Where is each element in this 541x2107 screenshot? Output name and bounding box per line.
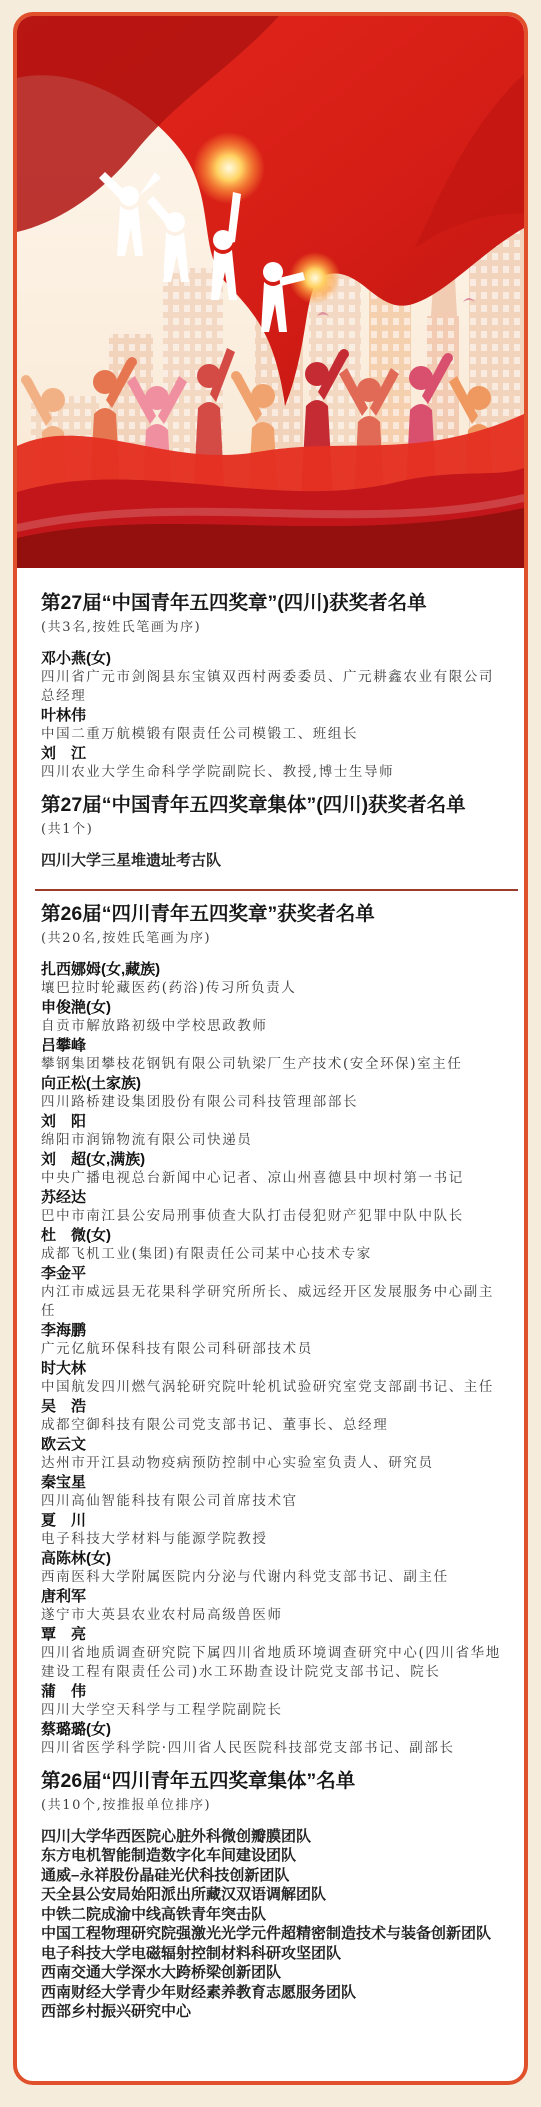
winner-name: 高陈林(女) <box>41 1549 504 1568</box>
award-entry: 蔡璐璐(女) 四川省医学科学院·四川省人民医院科技部党支部书记、副部长 <box>41 1720 504 1758</box>
award-entry: 覃 亮 四川省地质调查研究院下属四川省地质环境调查研究中心(四川省华地建设工程有… <box>41 1625 504 1682</box>
award-entry: 杜 微(女) 成都飞机工业(集团)有限责任公司某中心技术专家 <box>41 1226 504 1264</box>
section-note: (共10个,按推报单位排序) <box>41 1797 504 1815</box>
winner-name: 杜 微(女) <box>41 1226 504 1245</box>
winner-name: 覃 亮 <box>41 1625 504 1644</box>
winner-title: 四川省广元市剑阁县东宝镇双西村两委委员、广元耕鑫农业有限公司总经理 <box>41 668 504 706</box>
award-entry: 时大林 中国航发四川燃气涡轮研究院叶轮机试验研究室党支部副书记、主任 <box>41 1359 504 1397</box>
winner-title: 电子科技大学材料与能源学院教授 <box>41 1530 504 1549</box>
team-name: 西南交通大学深水大跨桥梁创新团队 <box>41 1963 504 1983</box>
team-name: 西部乡村振兴研究中心 <box>41 2002 504 2022</box>
winner-title: 壤巴拉时轮藏医药(药浴)传习所负责人 <box>41 979 504 998</box>
section-27th-individual: 第27届“中国青年五四奖章”(四川)获奖者名单 (共3名,按姓氏笔画为序) 邓小… <box>41 590 504 782</box>
team-name: 中铁二院成渝中线高铁青年突击队 <box>41 1905 504 1925</box>
winner-title: 达州市开江县动物疫病预防控制中心实验室负责人、研究员 <box>41 1454 504 1473</box>
winner-name: 夏 川 <box>41 1511 504 1530</box>
award-entry: 刘 江 四川农业大学生命科学学院副院长、教授,博士生导师 <box>41 744 504 782</box>
winner-name: 刘 超(女,满族) <box>41 1150 504 1169</box>
winner-name: 刘 阳 <box>41 1112 504 1131</box>
award-entry: 吴 浩 成都空御科技有限公司党支部书记、董事长、总经理 <box>41 1397 504 1435</box>
award-entry: 秦宝星 四川高仙智能科技有限公司首席技术官 <box>41 1473 504 1511</box>
award-entry: 唐利军 遂宁市大英县农业农村局高级兽医师 <box>41 1587 504 1625</box>
winner-name: 申俊滟(女) <box>41 998 504 1017</box>
award-entry: 邓小燕(女) 四川省广元市剑阁县东宝镇双西村两委委员、广元耕鑫农业有限公司总经理 <box>41 649 504 706</box>
award-entry: 苏经达 巴中市南江县公安局刑事侦查大队打击侵犯财产犯罪中队中队长 <box>41 1188 504 1226</box>
award-entry: 叶林伟 中国二重万航模锻有限责任公司模锻工、班组长 <box>41 706 504 744</box>
winner-name: 扎西娜姆(女,藏族) <box>41 960 504 979</box>
winner-title: 西南医科大学附属医院内分泌与代谢内科党支部书记、副主任 <box>41 1568 504 1587</box>
winner-name: 李海鹏 <box>41 1321 504 1340</box>
award-list-card: 第27届“中国青年五四奖章”(四川)获奖者名单 (共3名,按姓氏笔画为序) 邓小… <box>13 12 528 2085</box>
winner-name: 蔡璐璐(女) <box>41 1720 504 1739</box>
winner-title: 自贡市解放路初级中学校思政教师 <box>41 1017 504 1036</box>
award-entry: 李金平 内江市威远县无花果科学研究所所长、威远经开区发展服务中心副主任 <box>41 1264 504 1321</box>
team-name: 通威–永祥股份晶硅光伏科技创新团队 <box>41 1866 504 1886</box>
section-note: (共20名,按姓氏笔画为序) <box>41 930 504 948</box>
award-entry: 高陈林(女) 西南医科大学附属医院内分泌与代谢内科党支部书记、副主任 <box>41 1549 504 1587</box>
section-title: 第27届“中国青年五四奖章”(四川)获奖者名单 <box>41 590 504 616</box>
winner-title: 巴中市南江县公安局刑事侦查大队打击侵犯财产犯罪中队中队长 <box>41 1207 504 1226</box>
winner-name: 李金平 <box>41 1264 504 1283</box>
section-26th-collective: 第26届“四川青年五四奖章集体”名单 (共10个,按推报单位排序) 四川大学华西… <box>41 1768 504 2022</box>
winner-title: 四川高仙智能科技有限公司首席技术官 <box>41 1492 504 1511</box>
winner-title: 四川农业大学生命科学学院副院长、教授,博士生导师 <box>41 763 504 782</box>
winner-name: 蒲 伟 <box>41 1682 504 1701</box>
winner-name: 邓小燕(女) <box>41 649 504 668</box>
section-note: (共1个) <box>41 821 504 839</box>
award-entry: 刘 阳 绵阳市润锦物流有限公司快递员 <box>41 1112 504 1150</box>
winner-title: 绵阳市润锦物流有限公司快递员 <box>41 1131 504 1150</box>
award-entry: 蒲 伟 四川大学空天科学与工程学院副院长 <box>41 1682 504 1720</box>
team-name: 四川大学三星堆遗址考古队 <box>41 851 504 871</box>
page-background: { "theme": { "page_bg": "#f6ecdc", "card… <box>0 0 541 2107</box>
winner-name: 欧云文 <box>41 1435 504 1454</box>
award-entry: 扎西娜姆(女,藏族) 壤巴拉时轮藏医药(药浴)传习所负责人 <box>41 960 504 998</box>
section-note: (共3名,按姓氏笔画为序) <box>41 619 504 637</box>
section-27th-collective: 第27届“中国青年五四奖章集体”(四川)获奖者名单 (共1个) 四川大学三星堆遗… <box>41 792 504 871</box>
banner-illustration <box>17 16 524 568</box>
award-entry: 李海鹏 广元亿航环保科技有限公司科研部技术员 <box>41 1321 504 1359</box>
winner-title: 广元亿航环保科技有限公司科研部技术员 <box>41 1340 504 1359</box>
winner-title: 四川省医学科学院·四川省人民医院科技部党支部书记、副部长 <box>41 1739 504 1758</box>
section-divider <box>35 889 518 891</box>
team-name: 四川大学华西医院心脏外科微创瓣膜团队 <box>41 1827 504 1847</box>
team-name: 天全县公安局始阳派出所藏汉双语调解团队 <box>41 1885 504 1905</box>
section-26th-individual: 第26届“四川青年五四奖章”获奖者名单 (共20名,按姓氏笔画为序) 扎西娜姆(… <box>41 901 504 1758</box>
winner-title: 四川路桥建设集团股份有限公司科技管理部部长 <box>41 1093 504 1112</box>
award-entry: 夏 川 电子科技大学材料与能源学院教授 <box>41 1511 504 1549</box>
winner-title: 成都空御科技有限公司党支部书记、董事长、总经理 <box>41 1416 504 1435</box>
winner-title: 成都飞机工业(集团)有限责任公司某中心技术专家 <box>41 1245 504 1264</box>
team-name: 西南财经大学青少年财经素养教育志愿服务团队 <box>41 1983 504 2003</box>
winner-name: 刘 江 <box>41 744 504 763</box>
team-name: 东方电机智能制造数字化车间建设团队 <box>41 1846 504 1866</box>
winner-title: 攀钢集团攀枝花钢钒有限公司轨梁厂生产技术(安全环保)室主任 <box>41 1055 504 1074</box>
team-name: 中国工程物理研究院强激光光学元件超精密制造技术与装备创新团队 <box>41 1924 504 1944</box>
winner-title: 四川大学空天科学与工程学院副院长 <box>41 1701 504 1720</box>
team-name: 电子科技大学电磁辐射控制材料科研攻坚团队 <box>41 1944 504 1964</box>
winner-name: 叶林伟 <box>41 706 504 725</box>
award-entry: 刘 超(女,满族) 中央广播电视总台新闻中心记者、凉山州喜德县中坝村第一书记 <box>41 1150 504 1188</box>
winner-title: 中央广播电视总台新闻中心记者、凉山州喜德县中坝村第一书记 <box>41 1169 504 1188</box>
award-entry: 吕攀峰 攀钢集团攀枝花钢钒有限公司轨梁厂生产技术(安全环保)室主任 <box>41 1036 504 1074</box>
winner-title: 四川省地质调查研究院下属四川省地质环境调查研究中心(四川省华地建设工程有限责任公… <box>41 1644 504 1682</box>
winner-title: 内江市威远县无花果科学研究所所长、威远经开区发展服务中心副主任 <box>41 1283 504 1321</box>
winner-name: 吴 浩 <box>41 1397 504 1416</box>
winner-name: 秦宝星 <box>41 1473 504 1492</box>
content-area: 第27届“中国青年五四奖章”(四川)获奖者名单 (共3名,按姓氏笔画为序) 邓小… <box>17 568 524 2050</box>
award-entry: 向正松(土家族) 四川路桥建设集团股份有限公司科技管理部部长 <box>41 1074 504 1112</box>
section-title: 第26届“四川青年五四奖章集体”名单 <box>41 1768 504 1794</box>
award-entry: 申俊滟(女) 自贡市解放路初级中学校思政教师 <box>41 998 504 1036</box>
award-entry: 欧云文 达州市开江县动物疫病预防控制中心实验室负责人、研究员 <box>41 1435 504 1473</box>
winner-name: 向正松(土家族) <box>41 1074 504 1093</box>
winner-name: 苏经达 <box>41 1188 504 1207</box>
winner-title: 中国航发四川燃气涡轮研究院叶轮机试验研究室党支部副书记、主任 <box>41 1378 504 1397</box>
section-title: 第26届“四川青年五四奖章”获奖者名单 <box>41 901 504 927</box>
winner-title: 遂宁市大英县农业农村局高级兽医师 <box>41 1606 504 1625</box>
winner-name: 时大林 <box>41 1359 504 1378</box>
winner-name: 吕攀峰 <box>41 1036 504 1055</box>
section-title: 第27届“中国青年五四奖章集体”(四川)获奖者名单 <box>41 792 504 818</box>
winner-title: 中国二重万航模锻有限责任公司模锻工、班组长 <box>41 725 504 744</box>
winner-name: 唐利军 <box>41 1587 504 1606</box>
